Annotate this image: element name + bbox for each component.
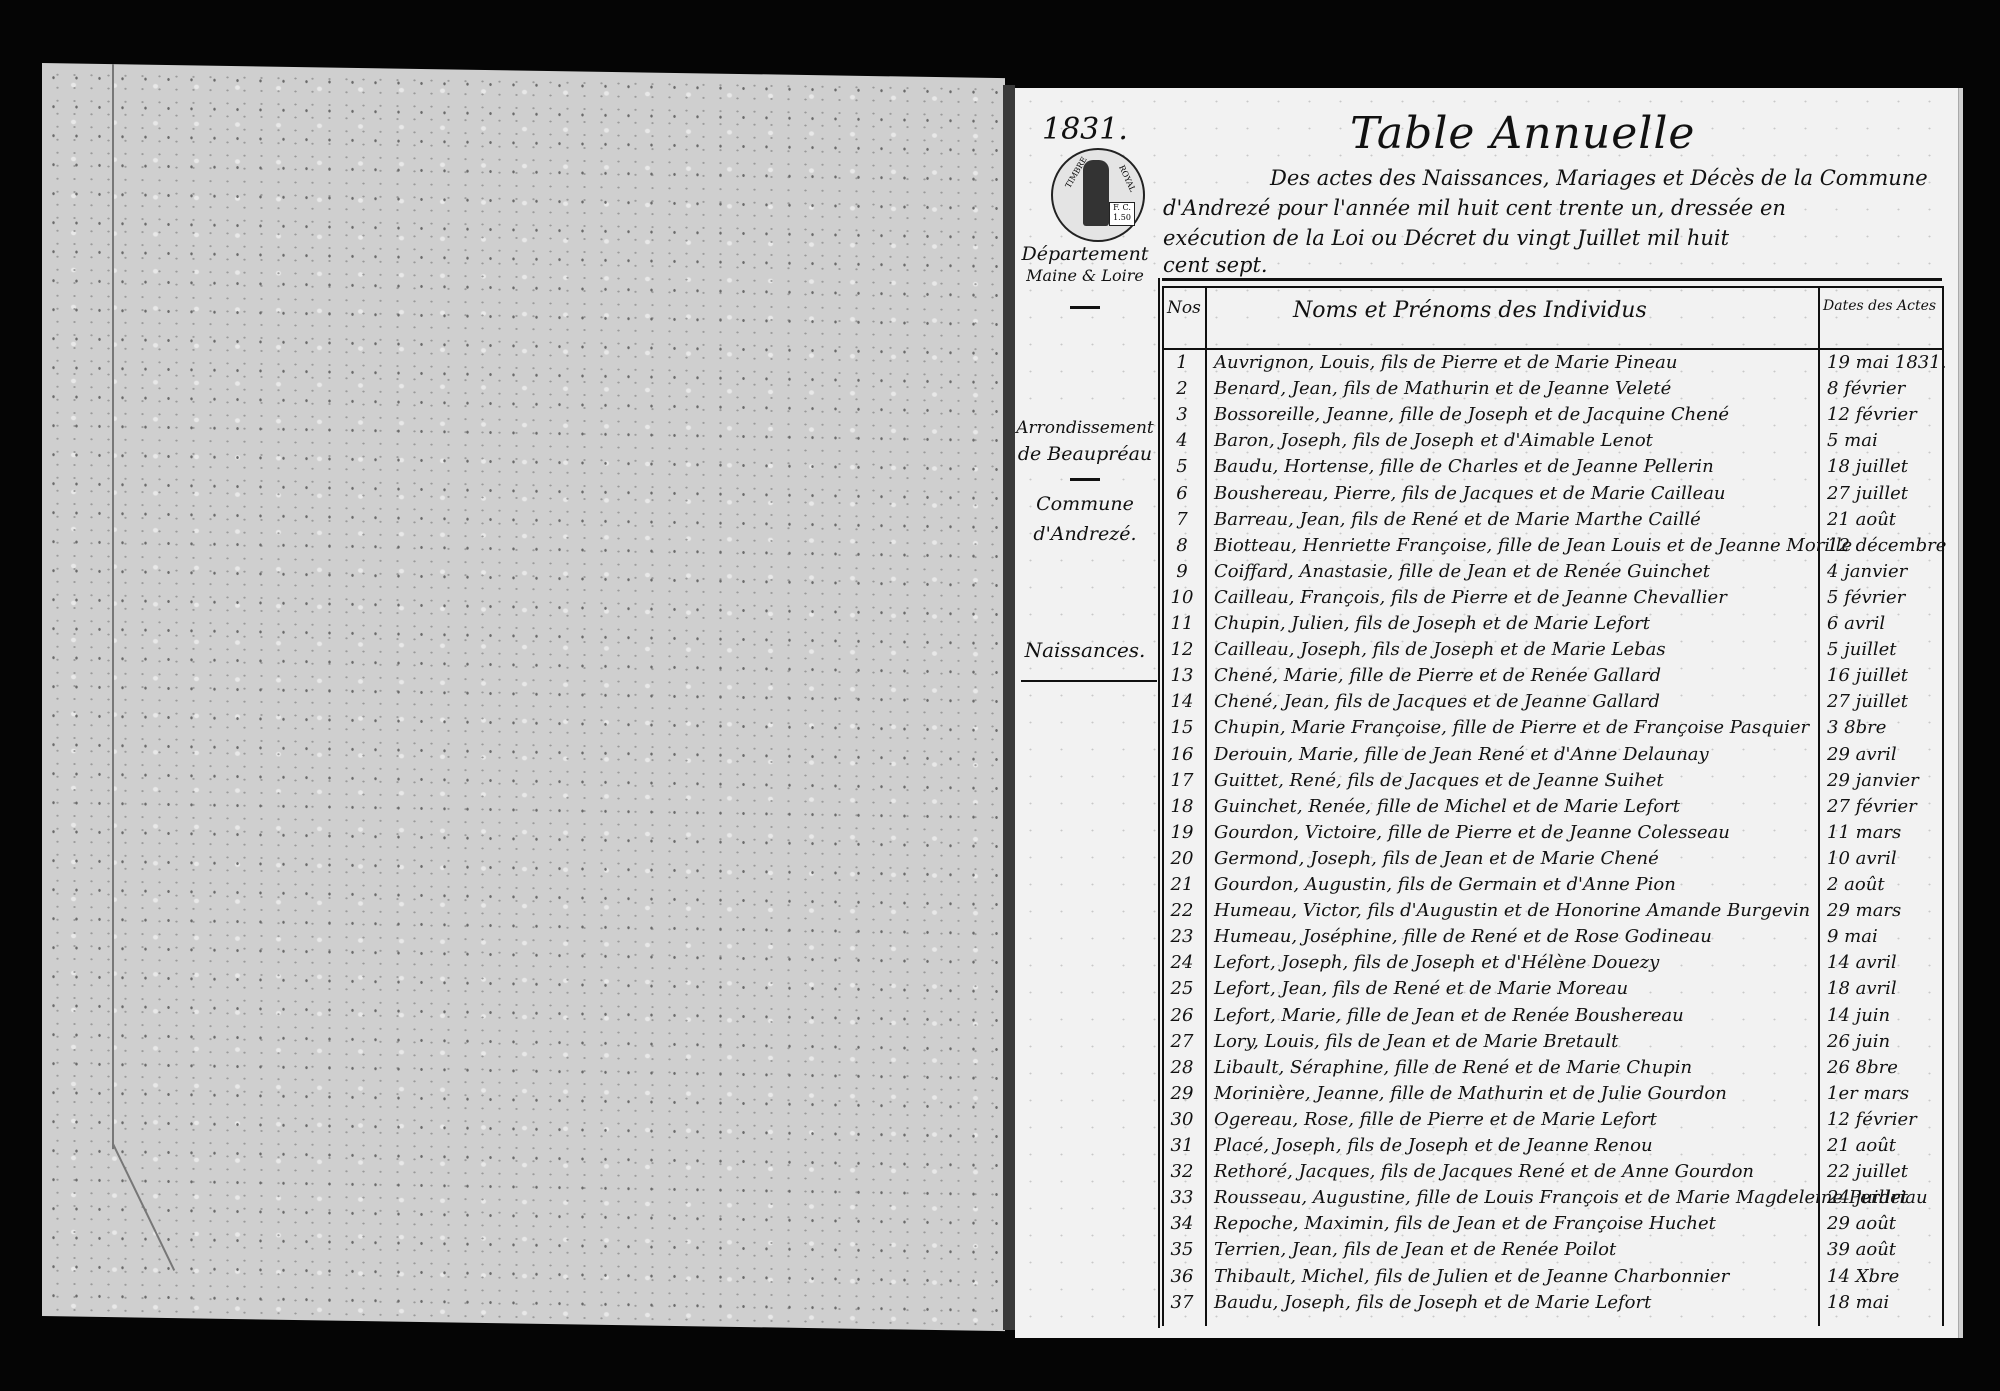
- entry-date: 16 juillet: [1827, 665, 1908, 686]
- entry-names: Derouin, Marie, fille de Jean René et d'…: [1214, 744, 1709, 765]
- entry-number: 2: [1162, 378, 1202, 399]
- entry-number: 12: [1162, 639, 1202, 660]
- entry-date: 5 juillet: [1827, 639, 1897, 660]
- table-row: 22Humeau, Victor, fils d'Augustin et de …: [1162, 900, 1952, 925]
- entry-number: 11: [1162, 613, 1202, 634]
- entry-names: Terrien, Jean, fils de Jean et de Renée …: [1214, 1239, 1616, 1260]
- entry-number: 25: [1162, 978, 1202, 999]
- entry-date: 24 juillet: [1827, 1187, 1908, 1208]
- entry-names: Germond, Joseph, fils de Jean et de Mari…: [1214, 848, 1659, 869]
- entry-date: 21 août: [1827, 509, 1896, 530]
- entry-date: 26 juin: [1827, 1031, 1890, 1052]
- entry-names: Guittet, René, fils de Jacques et de Jea…: [1214, 770, 1664, 791]
- table-row: 10Cailleau, François, fils de Pierre et …: [1162, 587, 1952, 612]
- table-row: 28Libault, Séraphine, fille de René et d…: [1162, 1057, 1952, 1082]
- entry-date: 4 janvier: [1827, 561, 1907, 582]
- entry-date: 3 8bre: [1827, 717, 1886, 738]
- entry-date: 5 février: [1827, 587, 1905, 608]
- table-row: 12Cailleau, Joseph, fils de Joseph et de…: [1162, 639, 1952, 664]
- entry-names: Ogereau, Rose, fille de Pierre et de Mar…: [1214, 1109, 1657, 1130]
- entry-names: Biotteau, Henriette Françoise, fille de …: [1214, 535, 1852, 556]
- table-row: 23Humeau, Joséphine, fille de René et de…: [1162, 926, 1952, 951]
- table-row: 26Lefort, Marie, fille de Jean et de Ren…: [1162, 1005, 1952, 1030]
- entry-number: 8: [1162, 535, 1202, 556]
- entry-date: 26 8bre: [1827, 1057, 1898, 1078]
- entry-names: Chupin, Julien, fils de Joseph et de Mar…: [1214, 613, 1650, 634]
- table-row: 37Baudu, Joseph, fils de Joseph et de Ma…: [1162, 1292, 1952, 1317]
- table-row: 6Boushereau, Pierre, fils de Jacques et …: [1162, 483, 1952, 508]
- entry-date: 5 mai: [1827, 430, 1878, 451]
- entry-number: 14: [1162, 691, 1202, 712]
- page-title: Table Annuelle: [1350, 108, 1695, 159]
- entry-number: 30: [1162, 1109, 1202, 1130]
- entry-date: 12 février: [1827, 1109, 1917, 1130]
- entry-names: Humeau, Joséphine, fille de René et de R…: [1214, 926, 1712, 947]
- table-row: 20Germond, Joseph, fils de Jean et de Ma…: [1162, 848, 1952, 873]
- entry-date: 21 août: [1827, 1135, 1896, 1156]
- column-header-number: Nos: [1167, 298, 1201, 318]
- entry-number: 22: [1162, 900, 1202, 921]
- entry-number: 18: [1162, 796, 1202, 817]
- entry-number: 29: [1162, 1083, 1202, 1104]
- entry-date: 18 mai: [1827, 1292, 1889, 1313]
- entry-names: Morinière, Jeanne, fille de Mathurin et …: [1214, 1083, 1727, 1104]
- entry-date: 29 août: [1827, 1213, 1896, 1234]
- margin-departement-value: Maine & Loire: [1015, 266, 1155, 285]
- table-row: 7Barreau, Jean, fils de René et de Marie…: [1162, 509, 1952, 534]
- entry-names: Baudu, Joseph, fils de Joseph et de Mari…: [1214, 1292, 1651, 1313]
- table-row: 2Benard, Jean, fils de Mathurin et de Je…: [1162, 378, 1952, 403]
- heading-line-3: exécution de la Loi ou Décret du vingt J…: [1163, 226, 1729, 250]
- entry-number: 37: [1162, 1292, 1202, 1313]
- table-header-rule: [1162, 348, 1942, 350]
- entry-names: Baron, Joseph, fils de Joseph et d'Aimab…: [1214, 430, 1653, 451]
- margin-separator: [1070, 478, 1100, 481]
- table-row: 18Guinchet, Renée, fille de Michel et de…: [1162, 796, 1952, 821]
- margin-separator: [1070, 306, 1100, 309]
- stamp-value: 1.50: [1113, 213, 1131, 222]
- entry-date: 8 février: [1827, 378, 1905, 399]
- entry-date: 29 mars: [1827, 900, 1901, 921]
- table-row: 36Thibault, Michel, fils de Julien et de…: [1162, 1266, 1952, 1291]
- entry-names: Lefort, Joseph, fils de Joseph et d'Hélè…: [1214, 952, 1659, 973]
- entry-date: 9 mai: [1827, 926, 1878, 947]
- margin-departement-label: Département: [1015, 243, 1155, 265]
- heading-line-4: cent sept.: [1163, 253, 1268, 277]
- entry-names: Guinchet, Renée, fille de Michel et de M…: [1214, 796, 1680, 817]
- table-row: 8Biotteau, Henriette Françoise, fille de…: [1162, 535, 1952, 560]
- entry-number: 33: [1162, 1187, 1202, 1208]
- entry-number: 9: [1162, 561, 1202, 582]
- table-row: 13Chené, Marie, fille de Pierre et de Re…: [1162, 665, 1952, 690]
- entry-number: 26: [1162, 1005, 1202, 1026]
- entry-names: Repoche, Maximin, fils de Jean et de Fra…: [1214, 1213, 1716, 1234]
- entry-number: 1: [1162, 352, 1202, 373]
- table-row: 21Gourdon, Augustin, fils de Germain et …: [1162, 874, 1952, 899]
- entry-names: Libault, Séraphine, fille de René et de …: [1214, 1057, 1692, 1078]
- entry-names: Chené, Marie, fille de Pierre et de René…: [1214, 665, 1661, 686]
- table-row: 15Chupin, Marie Françoise, fille de Pier…: [1162, 717, 1952, 742]
- entry-date: 6 avril: [1827, 613, 1885, 634]
- margin-commune-value: d'Andrezé.: [1015, 523, 1155, 545]
- page-fold-line: [112, 64, 114, 1149]
- entry-date: 19 mai 1831.: [1827, 352, 1946, 373]
- entry-date: 12 février: [1827, 404, 1917, 425]
- entry-number: 23: [1162, 926, 1202, 947]
- table-row: 33Rousseau, Augustine, fille de Louis Fr…: [1162, 1187, 1952, 1212]
- entry-names: Chené, Jean, fils de Jacques et de Jeann…: [1214, 691, 1660, 712]
- entry-number: 28: [1162, 1057, 1202, 1078]
- table-row: 25Lefort, Jean, fils de René et de Marie…: [1162, 978, 1952, 1003]
- entry-number: 16: [1162, 744, 1202, 765]
- table-row: 9Coiffard, Anastasie, fille de Jean et d…: [1162, 561, 1952, 586]
- table-row: 29Morinière, Jeanne, fille de Mathurin e…: [1162, 1083, 1952, 1108]
- margin-border-line: [1158, 278, 1160, 1328]
- entry-date: 18 juillet: [1827, 456, 1908, 477]
- entry-number: 5: [1162, 456, 1202, 477]
- entry-number: 35: [1162, 1239, 1202, 1260]
- entry-names: Gourdon, Augustin, fils de Germain et d'…: [1214, 874, 1676, 895]
- entry-date: 10 avril: [1827, 848, 1897, 869]
- entry-names: Cailleau, Joseph, fils de Joseph et de M…: [1214, 639, 1666, 660]
- stamp-figure-icon: [1083, 160, 1109, 226]
- entry-names: Baudu, Hortense, fille de Charles et de …: [1214, 456, 1714, 477]
- book-spine: [1003, 85, 1015, 1330]
- entry-date: 29 janvier: [1827, 770, 1919, 791]
- table-row: 5Baudu, Hortense, fille de Charles et de…: [1162, 456, 1952, 481]
- right-register-page: 1831. Table Annuelle Des actes des Naiss…: [1015, 88, 1963, 1338]
- entry-number: 10: [1162, 587, 1202, 608]
- entry-number: 13: [1162, 665, 1202, 686]
- entry-names: Boushereau, Pierre, fils de Jacques et d…: [1214, 483, 1726, 504]
- table-row: 31Placé, Joseph, fils de Joseph et de Je…: [1162, 1135, 1952, 1160]
- page-fold-diagonal: [112, 1143, 175, 1271]
- entry-names: Lefort, Jean, fils de René et de Marie M…: [1214, 978, 1628, 999]
- entry-date: 27 juillet: [1827, 691, 1908, 712]
- entry-number: 6: [1162, 483, 1202, 504]
- entry-date: 18 avril: [1827, 978, 1897, 999]
- entry-number: 15: [1162, 717, 1202, 738]
- entry-number: 31: [1162, 1135, 1202, 1156]
- entry-date: 11 mars: [1827, 822, 1901, 843]
- table-row: 24Lefort, Joseph, fils de Joseph et d'Hé…: [1162, 952, 1952, 977]
- table-row: 14Chené, Jean, fils de Jacques et de Jea…: [1162, 691, 1952, 716]
- margin-arrondissement-value: de Beaupréau: [1015, 443, 1155, 465]
- entry-names: Bossoreille, Jeanne, fille de Joseph et …: [1214, 404, 1729, 425]
- heading-line-1: Des actes des Naissances, Mariages et Dé…: [1270, 166, 1928, 190]
- entry-number: 24: [1162, 952, 1202, 973]
- entry-date: 29 avril: [1827, 744, 1897, 765]
- entry-number: 27: [1162, 1031, 1202, 1052]
- entry-date: 12 décembre: [1827, 535, 1946, 556]
- register-year: 1831.: [1042, 112, 1128, 147]
- entry-date: 14 avril: [1827, 952, 1897, 973]
- entry-number: 36: [1162, 1266, 1202, 1287]
- entry-number: 3: [1162, 404, 1202, 425]
- entry-names: Barreau, Jean, fils de René et de Marie …: [1214, 509, 1701, 530]
- column-header-dates: Dates des Actes: [1823, 298, 1936, 314]
- entry-names: Rethoré, Jacques, fils de Jacques René e…: [1214, 1161, 1754, 1182]
- entry-number: 20: [1162, 848, 1202, 869]
- margin-arrondissement-label: Arrondissement: [1015, 418, 1155, 438]
- entry-names: Cailleau, François, fils de Pierre et de…: [1214, 587, 1727, 608]
- page-edge: [1958, 88, 1963, 1338]
- royal-tax-stamp: TIMBRE ROYAL F. C. 1.50: [1051, 148, 1145, 242]
- table-row: 27Lory, Louis, fils de Jean et de Marie …: [1162, 1031, 1952, 1056]
- table-row: 32Rethoré, Jacques, fils de Jacques René…: [1162, 1161, 1952, 1186]
- column-header-names: Noms et Prénoms des Individus: [1293, 298, 1647, 323]
- margin-underline: [1021, 680, 1157, 682]
- stamp-value-box: F. C. 1.50: [1109, 202, 1135, 226]
- margin-act-type: Naissances.: [1015, 638, 1155, 662]
- entry-names: Benard, Jean, fils de Mathurin et de Jea…: [1214, 378, 1671, 399]
- entry-date: 2 août: [1827, 874, 1885, 895]
- entry-names: Humeau, Victor, fils d'Augustin et de Ho…: [1214, 900, 1810, 921]
- stamp-value-label: F. C.: [1113, 203, 1131, 212]
- entry-date: 39 août: [1827, 1239, 1896, 1260]
- table-row: 19Gourdon, Victoire, fille de Pierre et …: [1162, 822, 1952, 847]
- table-row: 4Baron, Joseph, fils de Joseph et d'Aima…: [1162, 430, 1952, 455]
- entry-number: 4: [1162, 430, 1202, 451]
- table-row: 17Guittet, René, fils de Jacques et de J…: [1162, 770, 1952, 795]
- entry-number: 19: [1162, 822, 1202, 843]
- entry-names: Lory, Louis, fils de Jean et de Marie Br…: [1214, 1031, 1618, 1052]
- entry-date: 1er mars: [1827, 1083, 1909, 1104]
- entry-names: Lefort, Marie, fille de Jean et de Renée…: [1214, 1005, 1684, 1026]
- table-row: 1Auvrignon, Louis, fils de Pierre et de …: [1162, 352, 1952, 377]
- entry-number: 21: [1162, 874, 1202, 895]
- entry-date: 14 juin: [1827, 1005, 1890, 1026]
- table-top-rule: [1162, 278, 1942, 281]
- entry-names: Thibault, Michel, fils de Julien et de J…: [1214, 1266, 1729, 1287]
- entry-number: 7: [1162, 509, 1202, 530]
- table-row: 16Derouin, Marie, fille de Jean René et …: [1162, 744, 1952, 769]
- entry-date: 27 février: [1827, 796, 1917, 817]
- margin-commune-label: Commune: [1015, 493, 1155, 515]
- entry-names: Rousseau, Augustine, fille de Louis Fran…: [1214, 1187, 1928, 1208]
- table-row: 34Repoche, Maximin, fils de Jean et de F…: [1162, 1213, 1952, 1238]
- entry-number: 17: [1162, 770, 1202, 791]
- entry-number: 32: [1162, 1161, 1202, 1182]
- table-row: 35Terrien, Jean, fils de Jean et de René…: [1162, 1239, 1952, 1264]
- entry-names: Coiffard, Anastasie, fille de Jean et de…: [1214, 561, 1710, 582]
- entry-names: Placé, Joseph, fils de Joseph et de Jean…: [1214, 1135, 1653, 1156]
- heading-line-2: d'Andrezé pour l'année mil huit cent tre…: [1163, 196, 1786, 220]
- table-row: 3Bossoreille, Jeanne, fille de Joseph et…: [1162, 404, 1952, 429]
- stamp-right-text: ROYAL: [1117, 164, 1137, 193]
- entry-number: 34: [1162, 1213, 1202, 1234]
- table-top-rule-inner: [1162, 286, 1942, 288]
- entry-names: Gourdon, Victoire, fille de Pierre et de…: [1214, 822, 1730, 843]
- table-row: 30Ogereau, Rose, fille de Pierre et de M…: [1162, 1109, 1952, 1134]
- entry-names: Auvrignon, Louis, fils de Pierre et de M…: [1214, 352, 1678, 373]
- entry-date: 27 juillet: [1827, 483, 1908, 504]
- table-row: 11Chupin, Julien, fils de Joseph et de M…: [1162, 613, 1952, 638]
- entry-date: 22 juillet: [1827, 1161, 1908, 1182]
- entry-date: 14 Xbre: [1827, 1266, 1899, 1287]
- entry-names: Chupin, Marie Françoise, fille de Pierre…: [1214, 717, 1809, 738]
- left-blank-page: [42, 63, 1005, 1331]
